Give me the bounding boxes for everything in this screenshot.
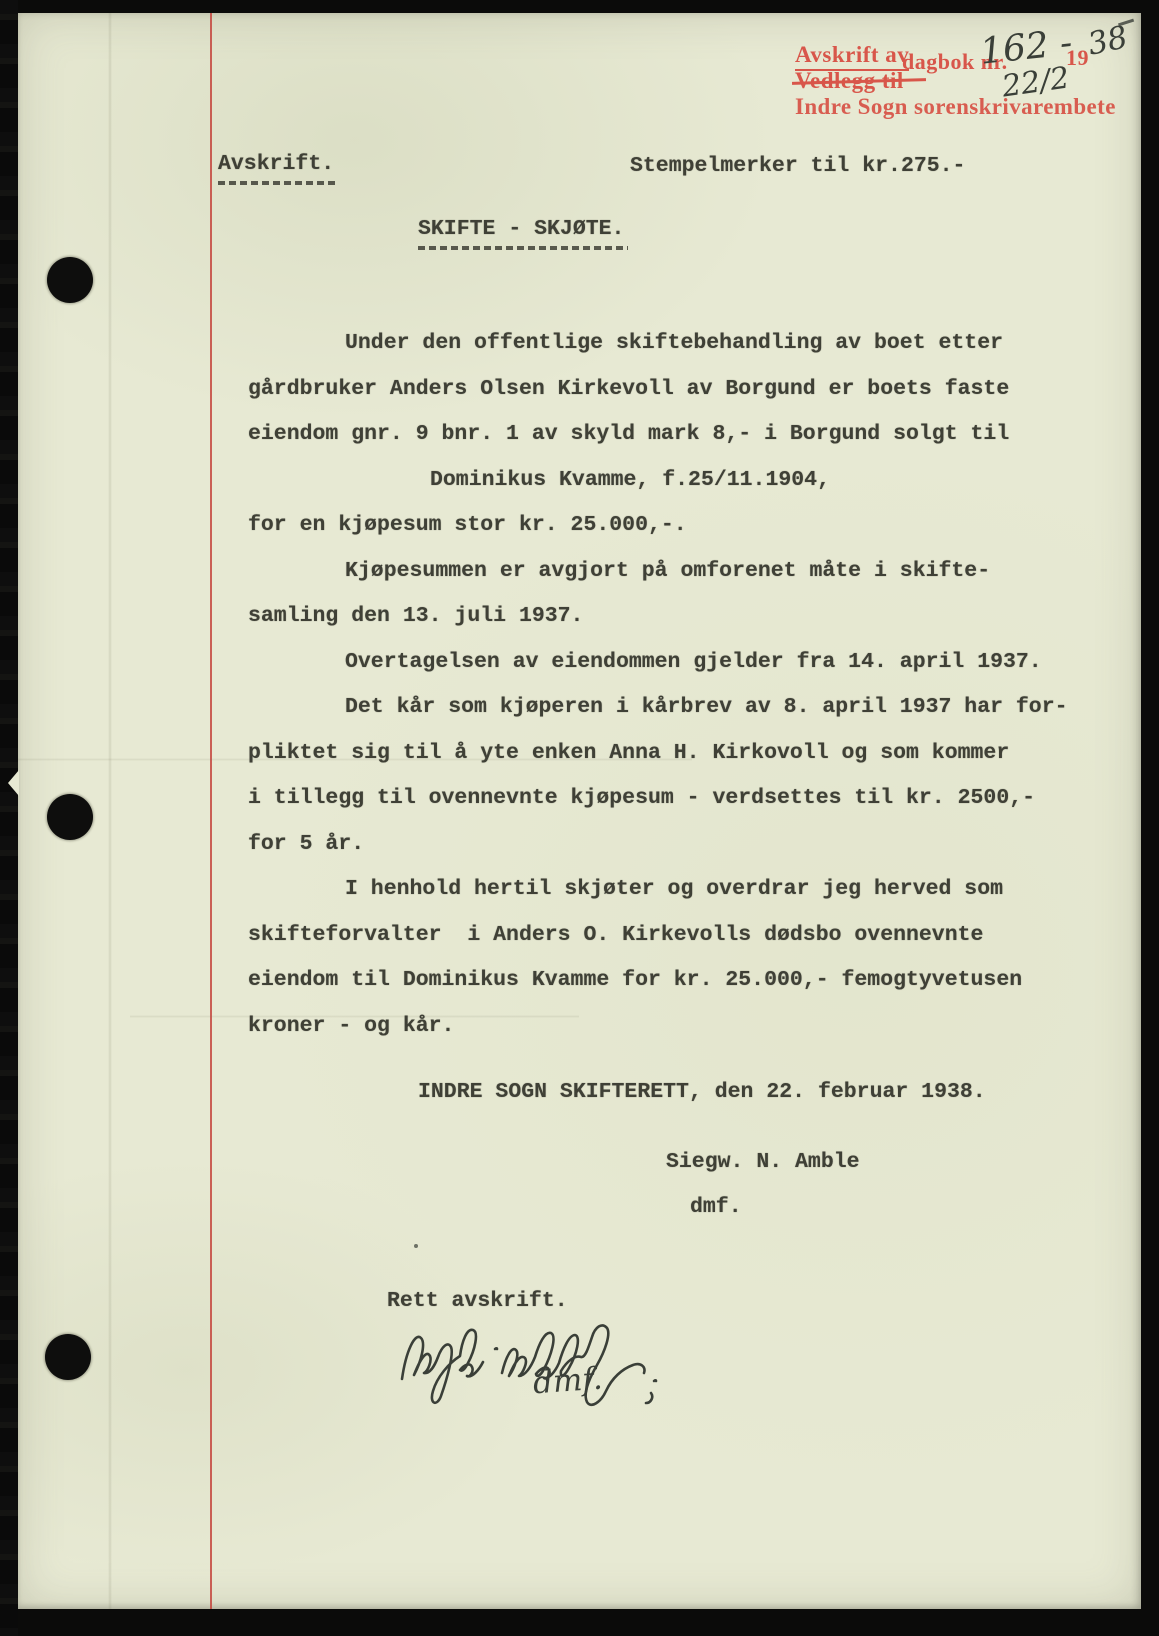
document-title: SKIFTE - SKJØTE.: [418, 215, 624, 243]
document-line: I henhold hertil skjøter og overdrar jeg…: [345, 875, 1141, 921]
handwritten-role: dmf.: [532, 1361, 604, 1402]
dashed-underline: [418, 246, 628, 250]
stamp-duty-line: Stempelmerker til kr.275.-: [630, 152, 965, 180]
document-line: for 5 år.: [248, 830, 1141, 876]
signer-role: dmf.: [690, 1193, 742, 1221]
document-line: samling den 13. juli 1937.: [248, 602, 1141, 648]
document-line: i tillegg til ovennevnte kjøpesum - verd…: [248, 784, 1141, 830]
body-lines: Under den offentlige skiftebehandling av…: [18, 329, 1141, 1057]
punch-hole: [45, 1334, 91, 1380]
document-line: Kjøpesummen er avgjort på omforenet måte…: [345, 557, 1141, 603]
document-line: eiendom gnr. 9 bnr. 1 av skyld mark 8,- …: [248, 420, 1141, 466]
document-line: Under den offentlige skiftebehandling av…: [345, 329, 1141, 375]
handwritten-year: 38: [1085, 19, 1131, 62]
stamp-year-prefix: 19: [1066, 45, 1089, 71]
stamp-office-name: Indre Sogn sorenskrivarembete: [795, 94, 1116, 120]
document-line: gårdbruker Anders Olsen Kirkevoll av Bor…: [248, 375, 1141, 421]
stamp-avskrift-av: Avskrift av: [795, 42, 909, 71]
document-line: eiendom til Dominikus Kvamme for kr. 25.…: [248, 966, 1141, 1012]
scanned-document-page: Avskrift av dagbok nr. 162 - 19 38 22/2 …: [0, 0, 1159, 1636]
document-line: Det kår som kjøperen i kårbrev av 8. apr…: [345, 693, 1141, 739]
punch-hole: [47, 257, 93, 303]
document-line: for en kjøpesum stor kr. 25.000,-.: [248, 511, 1141, 557]
document-line: Dominikus Kvamme, f.25/11.1904,: [430, 466, 1141, 512]
dashed-underline: [218, 181, 336, 185]
signer-typed-name: Siegw. N. Amble: [666, 1148, 860, 1176]
ink-speck: [414, 1244, 418, 1248]
court-date-line: INDRE SOGN SKIFTERETT, den 22. februar 1…: [418, 1078, 986, 1106]
document-line: kroner - og kår.: [248, 1012, 1141, 1058]
document-line: pliktet sig til å yte enken Anna H. Kirk…: [248, 739, 1141, 785]
paper-sheet: Avskrift av dagbok nr. 162 - 19 38 22/2 …: [18, 13, 1141, 1609]
document-line: skifteforvalter i Anders O. Kirkevolls d…: [248, 921, 1141, 967]
copy-label: Avskrift.: [218, 150, 334, 178]
document-line: Overtagelsen av eiendommen gjelder fra 1…: [345, 648, 1141, 694]
